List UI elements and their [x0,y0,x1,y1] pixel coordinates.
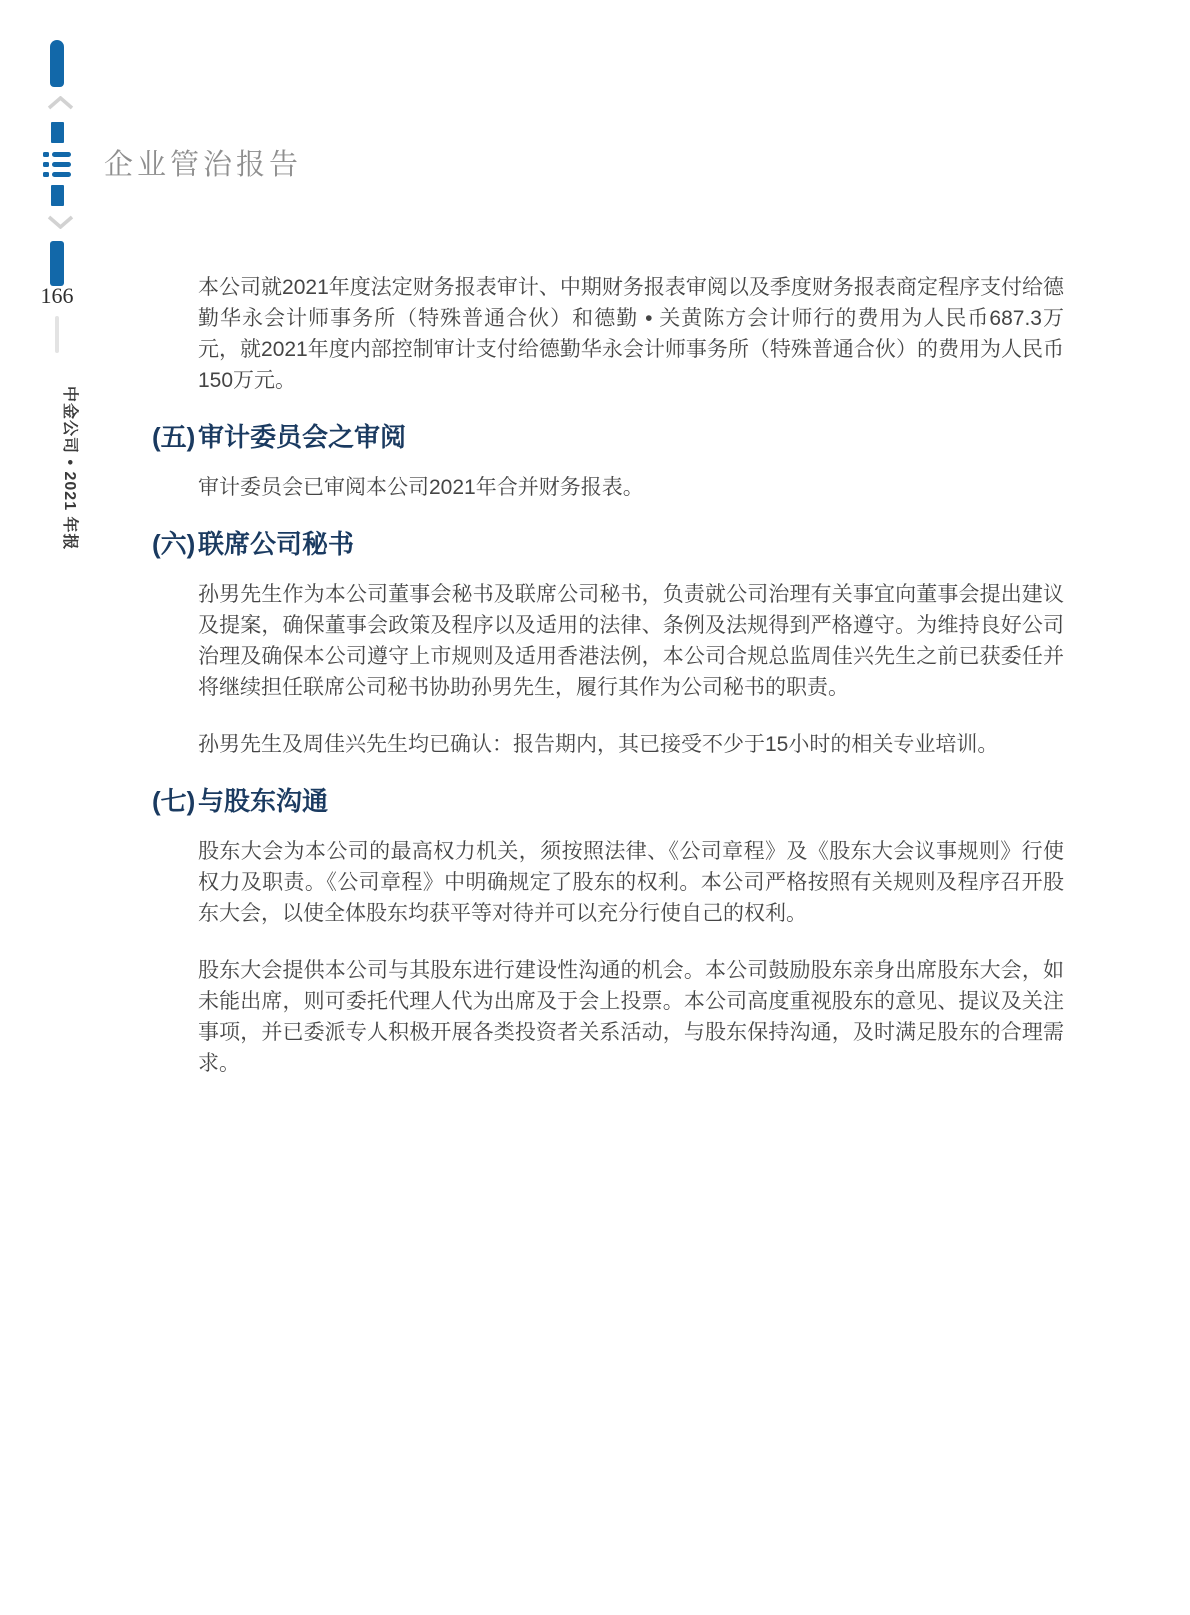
deco-rect-bottom [51,185,64,206]
section-number: (六) [152,529,195,559]
section-title: 联席公司秘书 [198,529,354,559]
section-shareholder-communication: (七) 与股东沟通 股东大会为本公司的最高权力机关，须按照法律、《公司章程》及《… [198,786,1064,1079]
section-paragraph: 股东大会提供本公司与其股东进行建设性沟通的机会。本公司鼓励股东亲身出席股东大会，… [198,955,1064,1079]
section-heading: (六) 联席公司秘书 [198,529,1064,559]
section-joint-company-secretaries: (六) 联席公司秘书 孙男先生作为本公司董事会秘书及联席公司秘书，负责就公司治理… [198,529,1064,760]
section-paragraph: 股东大会为本公司的最高权力机关，须按照法律、《公司章程》及《股东大会议事规则》行… [198,836,1064,929]
section-number: (七) [152,786,195,816]
section-number: (五) [152,422,195,452]
section-audit-committee-review: (五) 审计委员会之审阅 审计委员会已审阅本公司2021年合并财务报表。 [198,422,1064,503]
deco-bar-top [50,40,64,87]
section-paragraph: 审计委员会已审阅本公司2021年合并财务报表。 [198,472,1064,503]
deco-bar-bottom [50,241,64,286]
section-heading: (七) 与股东沟通 [198,786,1064,816]
deco-rect-top [51,122,64,143]
report-page: 166 中金公司 • 2021 年报 企业管治报告 本公司就2021年度法定财务… [0,0,1190,1615]
intro-paragraph: 本公司就2021年度法定财务报表审计、中期财务报表审阅以及季度财务报表商定程序支… [198,272,1064,396]
side-footer-text: 中金公司 • 2021 年报 [60,386,78,551]
section-heading: (五) 审计委员会之审阅 [198,422,1064,452]
section-title: 与股东沟通 [198,786,328,816]
page-number: 166 [34,283,80,309]
chevron-up-icon [47,96,74,110]
page-number-divider [55,316,59,353]
section-title: 审计委员会之审阅 [198,422,406,452]
chevron-down-icon [47,215,74,229]
section-paragraph: 孙男先生及周佳兴先生均已确认：报告期内，其已接受不少于15小时的相关专业培训。 [198,729,1064,760]
main-content: 本公司就2021年度法定财务报表审计、中期财务报表审阅以及季度财务报表商定程序支… [198,272,1064,1105]
list-icon [43,152,71,177]
page-title: 企业管治报告 [104,142,302,183]
section-paragraph: 孙男先生作为本公司董事会秘书及联席公司秘书，负责就公司治理有关事宜向董事会提出建… [198,579,1064,703]
